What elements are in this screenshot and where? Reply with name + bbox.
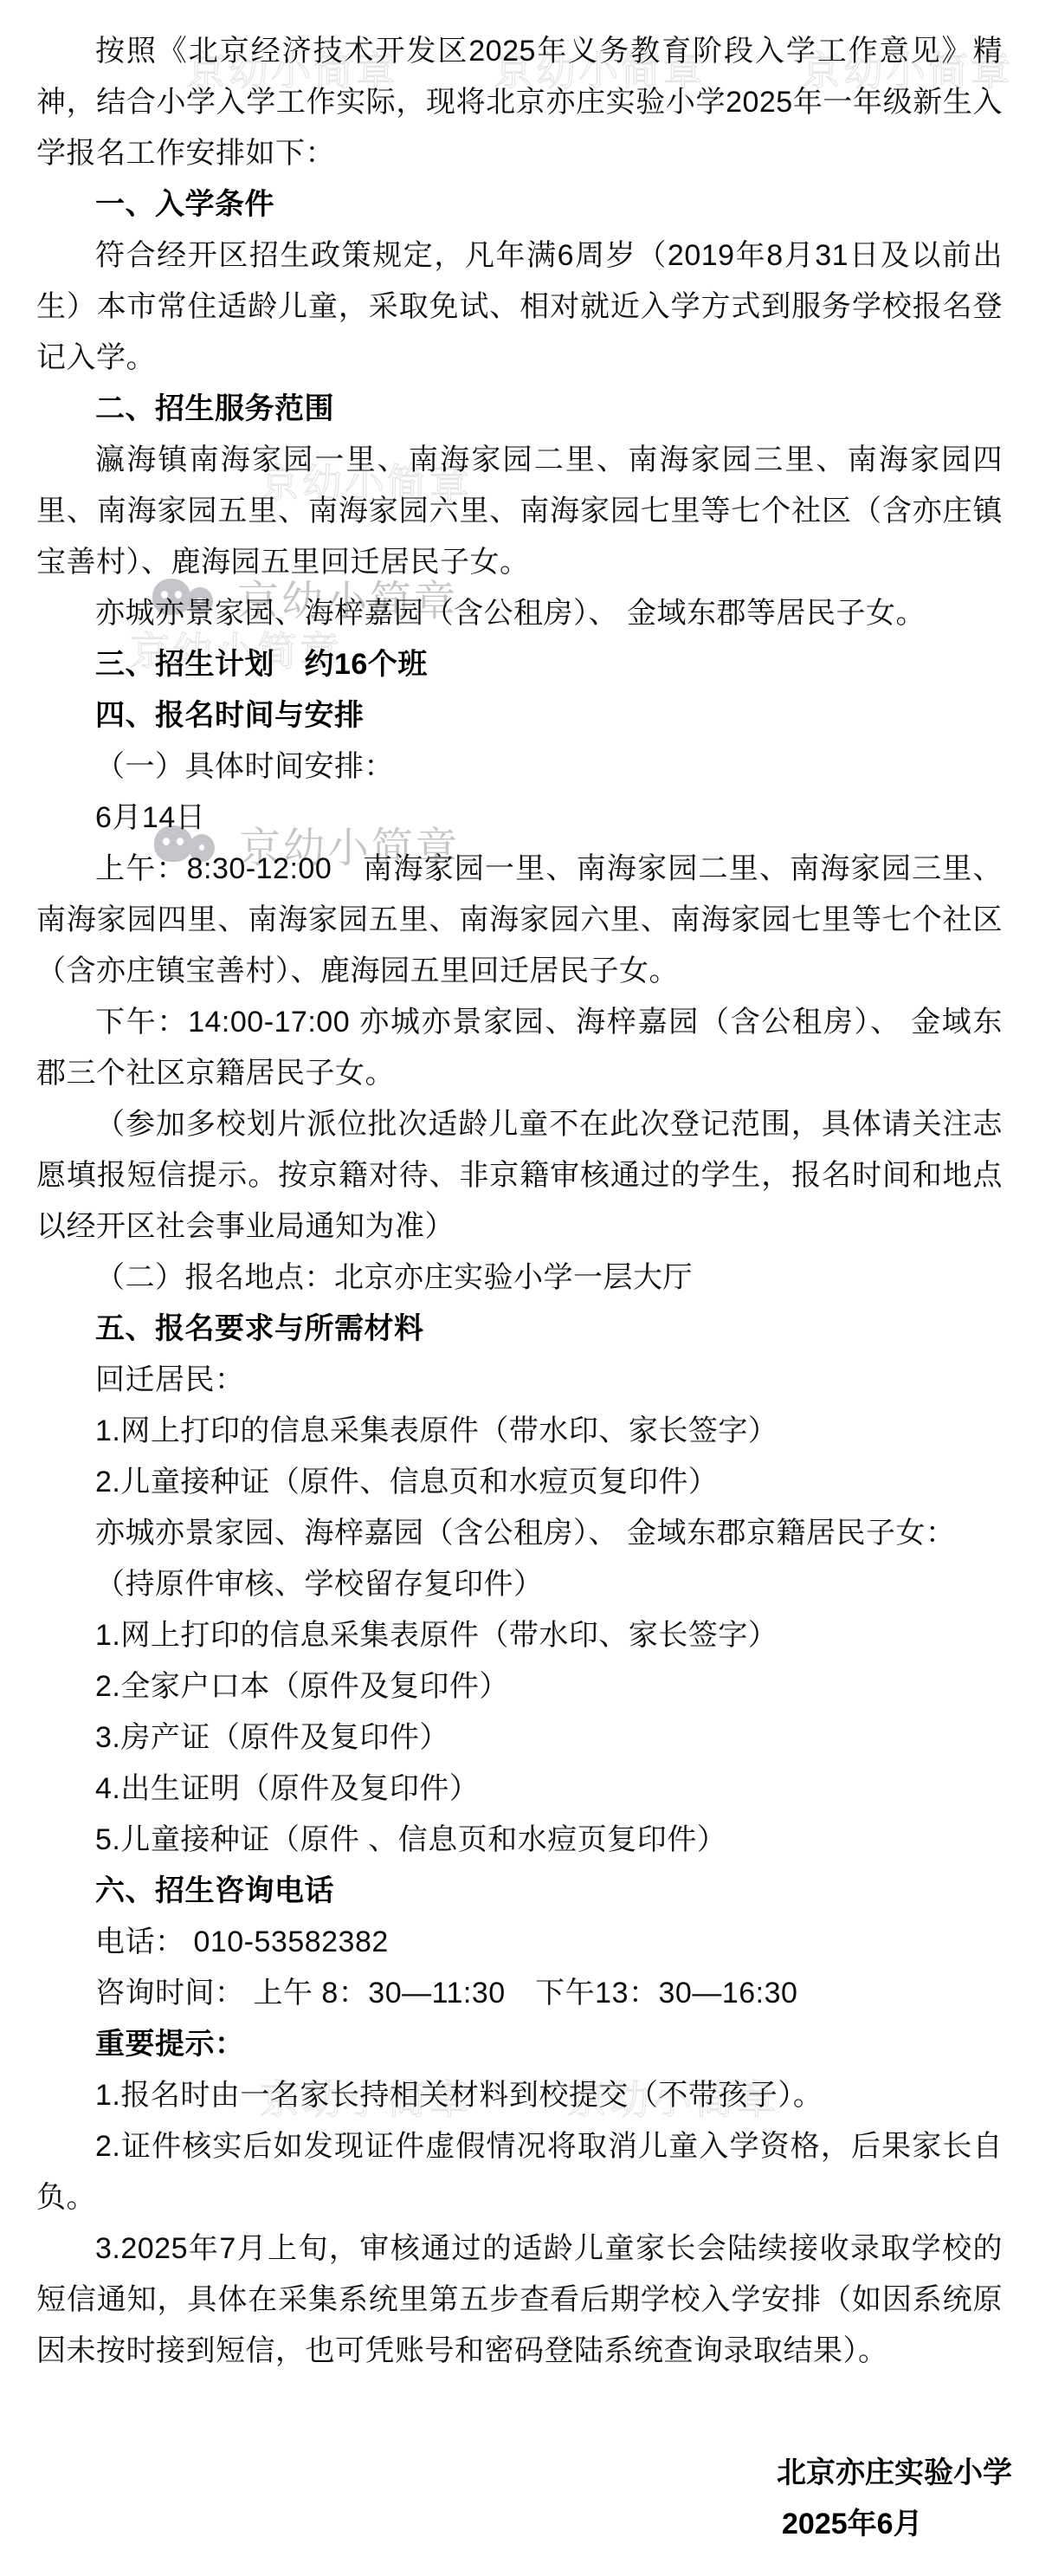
- heading-required-materials: 五、报名要求与所需材料: [36, 1304, 1003, 1355]
- paragraph-note-3: 3.2025年7月上旬，审核通过的适龄儿童家长会陆续接收录取学校的短信通知，具体…: [36, 2223, 1003, 2377]
- paragraph-location: （二）报名地点：北京亦庄实验小学一层大厅: [36, 1252, 1003, 1304]
- signature-date: 2025年6月: [777, 2499, 1012, 2550]
- heading-time-arrangement: 四、报名时间与安排: [36, 690, 1003, 741]
- paragraph-multi-school-note: （参加多校划片派位批次适龄儿童不在此次登记范围，具体请关注志愿填报短信提示。按京…: [36, 1099, 1003, 1252]
- paragraph-conditions: 符合经开区招生政策规定，凡年满6周岁（2019年8月31日及以前出生）本市常住适…: [36, 230, 1003, 384]
- paragraph-service-area-1: 瀛海镇南海家园一里、南海家园二里、南海家园三里、南海家园四里、南海家园五里、南海…: [36, 435, 1003, 588]
- paragraph-material-b3: 3.房产证（原件及复印件）: [36, 1712, 1003, 1764]
- paragraph-material-b1: 1.网上打印的信息采集表原件（带水印、家长签字）: [36, 1610, 1003, 1661]
- paragraph-service-area-2: 亦城亦景家园、海梓嘉园（含公租房）、 金域东郡等居民子女。: [36, 588, 1003, 639]
- heading-enrollment-plan: 三、招生计划 约16个班: [36, 639, 1003, 690]
- signature-block: 北京亦庄实验小学 2025年6月: [777, 2448, 1012, 2550]
- paragraph-originals-note: （持原件审核、学校留存复印件）: [36, 1559, 1003, 1610]
- paragraph-afternoon-schedule: 下午：14:00-17:00 亦城亦景家园、海梓嘉园（含公租房）、 金域东郡三个…: [36, 997, 1003, 1099]
- paragraph-material-b4: 4.出生证明（原件及复印件）: [36, 1764, 1003, 1815]
- paragraph-material-b5: 5.儿童接种证（原件 、信息页和水痘页复印件）: [36, 1815, 1003, 1866]
- paragraph-material-a2: 2.儿童接种证（原件、信息页和水痘页复印件）: [36, 1457, 1003, 1508]
- paragraph-time-subhead: （一）具体时间安排：: [36, 741, 1003, 793]
- signature-school: 北京亦庄实验小学: [777, 2448, 1012, 2499]
- notice-page: 京幼小简章 京幼小简章 京幼小简章 京幼小简章 京幼小简章 京幼小简章 京幼小简…: [0, 0, 1039, 2576]
- paragraph-relocated-residents: 回迁居民：: [36, 1355, 1003, 1406]
- paragraph-phone-number: 电话： 010-53582382: [36, 1917, 1003, 1968]
- paragraph-note-2: 2.证件核实后如发现证件虚假情况将取消儿童入学资格，后果家长自负。: [36, 2121, 1003, 2223]
- notice-body: 按照《北京经济技术开发区2025年义务教育阶段入学工作意见》精神，结合小学入学工…: [0, 0, 1039, 2377]
- paragraph-material-a1: 1.网上打印的信息采集表原件（带水印、家长签字）: [36, 1406, 1003, 1457]
- heading-admission-conditions: 一、入学条件: [36, 179, 1003, 230]
- paragraph-intro: 按照《北京经济技术开发区2025年义务教育阶段入学工作意见》精神，结合小学入学工…: [36, 26, 1003, 179]
- heading-consult-phone: 六、招生咨询电话: [36, 1866, 1003, 1917]
- heading-important-notes: 重要提示：: [36, 2019, 1003, 2070]
- paragraph-material-b2: 2.全家户口本（原件及复印件）: [36, 1661, 1003, 1712]
- paragraph-morning-schedule: 上午：8:30-12:00 南海家园一里、南海家园二里、南海家园三里、南海家园四…: [36, 844, 1003, 997]
- paragraph-consult-hours: 咨询时间： 上午 8：30—11:30 下午13：30—16:30: [36, 1968, 1003, 2019]
- paragraph-communities-residents: 亦城亦景家园、海梓嘉园（含公租房）、 金域东郡京籍居民子女：: [36, 1508, 1003, 1559]
- paragraph-note-1: 1.报名时由一名家长持相关材料到校提交（不带孩子）。: [36, 2070, 1003, 2121]
- heading-service-area: 二、招生服务范围: [36, 384, 1003, 435]
- paragraph-date: 6月14日: [36, 793, 1003, 844]
